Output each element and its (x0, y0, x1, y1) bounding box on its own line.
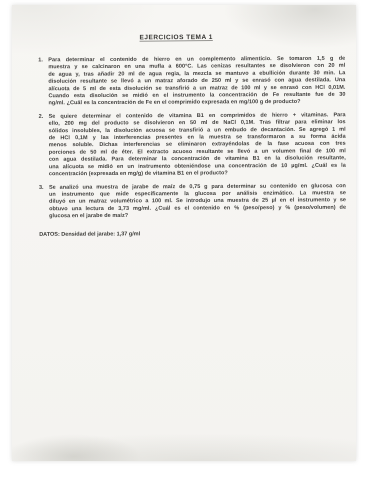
photo-canvas: EJERCICIOS TEMA 1 1. Para determinar el … (0, 0, 371, 480)
document-page: EJERCICIOS TEMA 1 1. Para determinar el … (12, 5, 356, 461)
datos-line: DATOS: Densidad del jarabe: 1,37 g/ml (39, 229, 346, 238)
text-line: ng/ml. ¿Cuál es la concentración de Fe e… (48, 98, 345, 107)
exercise-text: Se quiere determinar el contenido de vit… (49, 111, 346, 177)
exercise-number: 3. (39, 184, 44, 191)
exercise-text: Se analizó una muestra de jarabe de maíz… (49, 182, 346, 220)
exercise-item-2: 2. Se quiere determinar el contenido de … (39, 111, 346, 177)
page-title: EJERCICIOS TEMA 1 (23, 32, 330, 41)
exercise-number: 1. (38, 56, 43, 63)
exercise-item-1: 1. Para determinar el contenido de hierr… (38, 55, 345, 107)
text-line: concentración (expresada en mg/g) de vit… (49, 169, 346, 178)
exercise-item-3: 3. Se analizó una muestra de jarabe de m… (39, 182, 346, 220)
exercise-number: 2. (39, 113, 44, 120)
document-sheet: EJERCICIOS TEMA 1 1. Para determinar el … (12, 5, 356, 238)
exercise-text: Para determinar el contenido de hierro e… (48, 55, 345, 107)
text-line: glucosa en el jarabe de maíz? (49, 211, 346, 220)
